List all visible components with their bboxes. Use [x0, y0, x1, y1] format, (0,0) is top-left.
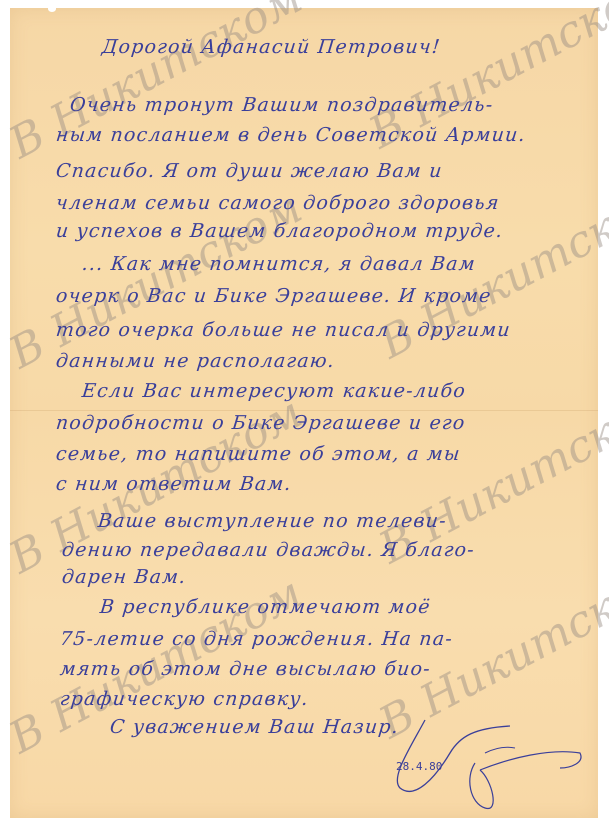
letter-line: мять об этом дне высылаю био-: [59, 658, 432, 680]
letter-line: Очень тронут Вашим поздравитель-: [69, 94, 495, 116]
letter-line: и успехов в Вашем благородном труде.: [55, 220, 505, 242]
letter-line: Ваше выступление по телеви-: [97, 510, 448, 532]
letter-line: Спасибо. Я от души желаю Вам и: [55, 160, 444, 182]
salutation: Дорогой Афанасий Петрович!: [101, 36, 442, 58]
letter-line: ным посланием в день Советской Армии.: [55, 124, 527, 146]
letter-line: подробности о Бике Эргашеве и его: [55, 412, 467, 434]
letter-line: с ним ответим Вам.: [55, 473, 293, 495]
letter-line: семье, то напишите об этом, а мы: [55, 443, 462, 465]
letter-line: дарен Вам.: [61, 566, 188, 588]
fold-line: [10, 410, 598, 411]
letter-line: 75-летие со дня рождения. На па-: [59, 628, 454, 650]
letter-line: того очерка больше не писал и другими: [55, 319, 512, 341]
letter-line: графическую справку.: [59, 688, 310, 710]
closing-signature: С уважением Ваш Назир.: [109, 716, 400, 738]
letter-line: В республике отмечают моё: [99, 596, 432, 618]
letter-line: данными не располагаю.: [55, 350, 336, 372]
letter-line: членам семьи самого доброго здоровья: [55, 192, 501, 214]
letter-line: ... Как мне помнится, я давал Вам: [81, 253, 477, 275]
paper-notch: [48, 6, 56, 12]
signature-date: 28.4.80: [396, 760, 442, 773]
letter-line: Если Вас интересуют какие-либо: [81, 380, 467, 402]
letter-paper: В Никитском В Никитском В Никитском В Ни…: [10, 8, 598, 818]
letter-line: очерк о Вас и Бике Эргашеве. И кроме: [55, 285, 493, 307]
letter-line: дению передавали дважды. Я благо-: [61, 539, 476, 561]
